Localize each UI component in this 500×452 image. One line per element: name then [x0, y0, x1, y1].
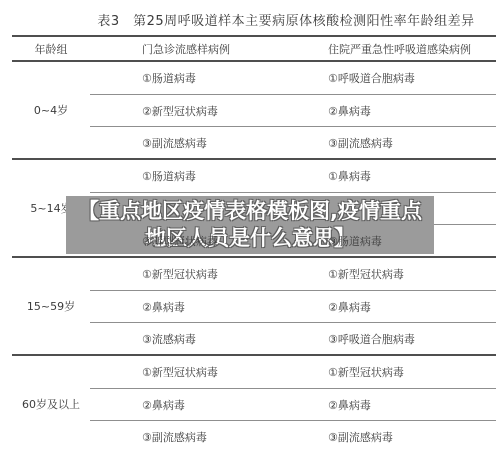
pathogen-cell: ②鼻病毒: [300, 299, 496, 315]
pathogen-cell: ③肠道病毒: [300, 233, 496, 249]
pathogen-cell: ①新型冠状病毒: [90, 266, 300, 282]
pathogen-cell: ②新型冠状病毒: [90, 103, 300, 119]
pathogen-cell: ①新型冠状病毒: [90, 364, 300, 380]
header-row: 年龄组 门急诊流感样病例 住院严重急性呼吸道感染病例: [12, 37, 496, 62]
pathogen-cell: ①新型冠状病毒: [300, 266, 496, 282]
table-row-group-15-59: 15~59岁 ①新型冠状病毒 ①新型冠状病毒 ②鼻病毒 ②鼻病毒 ③流感病毒 ③…: [12, 258, 496, 356]
item-row: ②鼻病毒 ②鼻病毒: [90, 290, 496, 322]
pathogen-cell: ②鼻病毒: [90, 299, 300, 315]
table-row-group-60plus: 60岁及以上 ①新型冠状病毒 ①新型冠状病毒 ②鼻病毒 ②鼻病毒 ③副流感病毒 …: [12, 356, 496, 452]
pathogen-cell: ③副流感病毒: [300, 429, 496, 445]
pathogen-cell: ①肠道病毒: [90, 168, 300, 184]
pathogen-cell: ①呼吸道合胞病毒: [300, 70, 496, 86]
item-row: ①肠道病毒 ①呼吸道合胞病毒: [90, 62, 496, 94]
pathogen-cell: ②鼻病毒: [300, 103, 496, 119]
pathogen-cell: ①鼻病毒: [300, 168, 496, 184]
table-image: 表3 第25周呼吸道样本主要病原体核酸检测阳性率年龄组差异 年龄组 门急诊流感样…: [0, 0, 500, 452]
item-row: ②新型冠状病毒 ②鼻病毒: [90, 94, 496, 126]
item-row: ③副流感病毒 ③副流感病毒: [90, 126, 496, 158]
age-group-label: 60岁及以上: [12, 356, 90, 452]
age-group-label: 0~4岁: [12, 62, 90, 158]
pathogen-cell: ③副流感病毒: [90, 429, 300, 445]
pathogen-cell: ③流感病毒: [90, 331, 300, 347]
age-group-label: 15~59岁: [12, 258, 90, 354]
pathogen-cell: ②鼻病毒: [300, 397, 496, 413]
item-row: ②鼻病毒 ②鼻病毒: [90, 388, 496, 420]
watermark-text-line1: 【重点地区疫情表格模板图,疫情重点: [78, 198, 422, 225]
pathogen-cell: ①新型冠状病毒: [300, 364, 496, 380]
pathogen-cell: ③副流感病毒: [90, 135, 300, 151]
pathogen-cell: ③副流感病毒: [300, 135, 496, 151]
pathogen-cell: ③新型冠状病毒: [90, 233, 300, 249]
column-header-age: 年龄组: [12, 41, 90, 57]
pathogen-cell: ①肠道病毒: [90, 70, 300, 86]
column-header-outpatient: 门急诊流感样病例: [90, 41, 300, 57]
pathogen-cell: ②鼻病毒: [90, 397, 300, 413]
page-title: 表3 第25周呼吸道样本主要病原体核酸检测阳性率年龄组差异: [0, 10, 500, 29]
table-row-group-0-4: 0~4岁 ①肠道病毒 ①呼吸道合胞病毒 ②新型冠状病毒 ②鼻病毒 ③副流感病毒 …: [12, 62, 496, 160]
item-row: ①肠道病毒 ①鼻病毒: [90, 160, 496, 192]
pathogen-cell: ③呼吸道合胞病毒: [300, 331, 496, 347]
column-header-inpatient: 住院严重急性呼吸道感染病例: [300, 41, 496, 57]
item-row: ①新型冠状病毒 ①新型冠状病毒: [90, 258, 496, 290]
item-row: ③流感病毒 ③呼吸道合胞病毒: [90, 322, 496, 354]
item-row: ①新型冠状病毒 ①新型冠状病毒: [90, 356, 496, 388]
item-row: ③副流感病毒 ③副流感病毒: [90, 420, 496, 452]
